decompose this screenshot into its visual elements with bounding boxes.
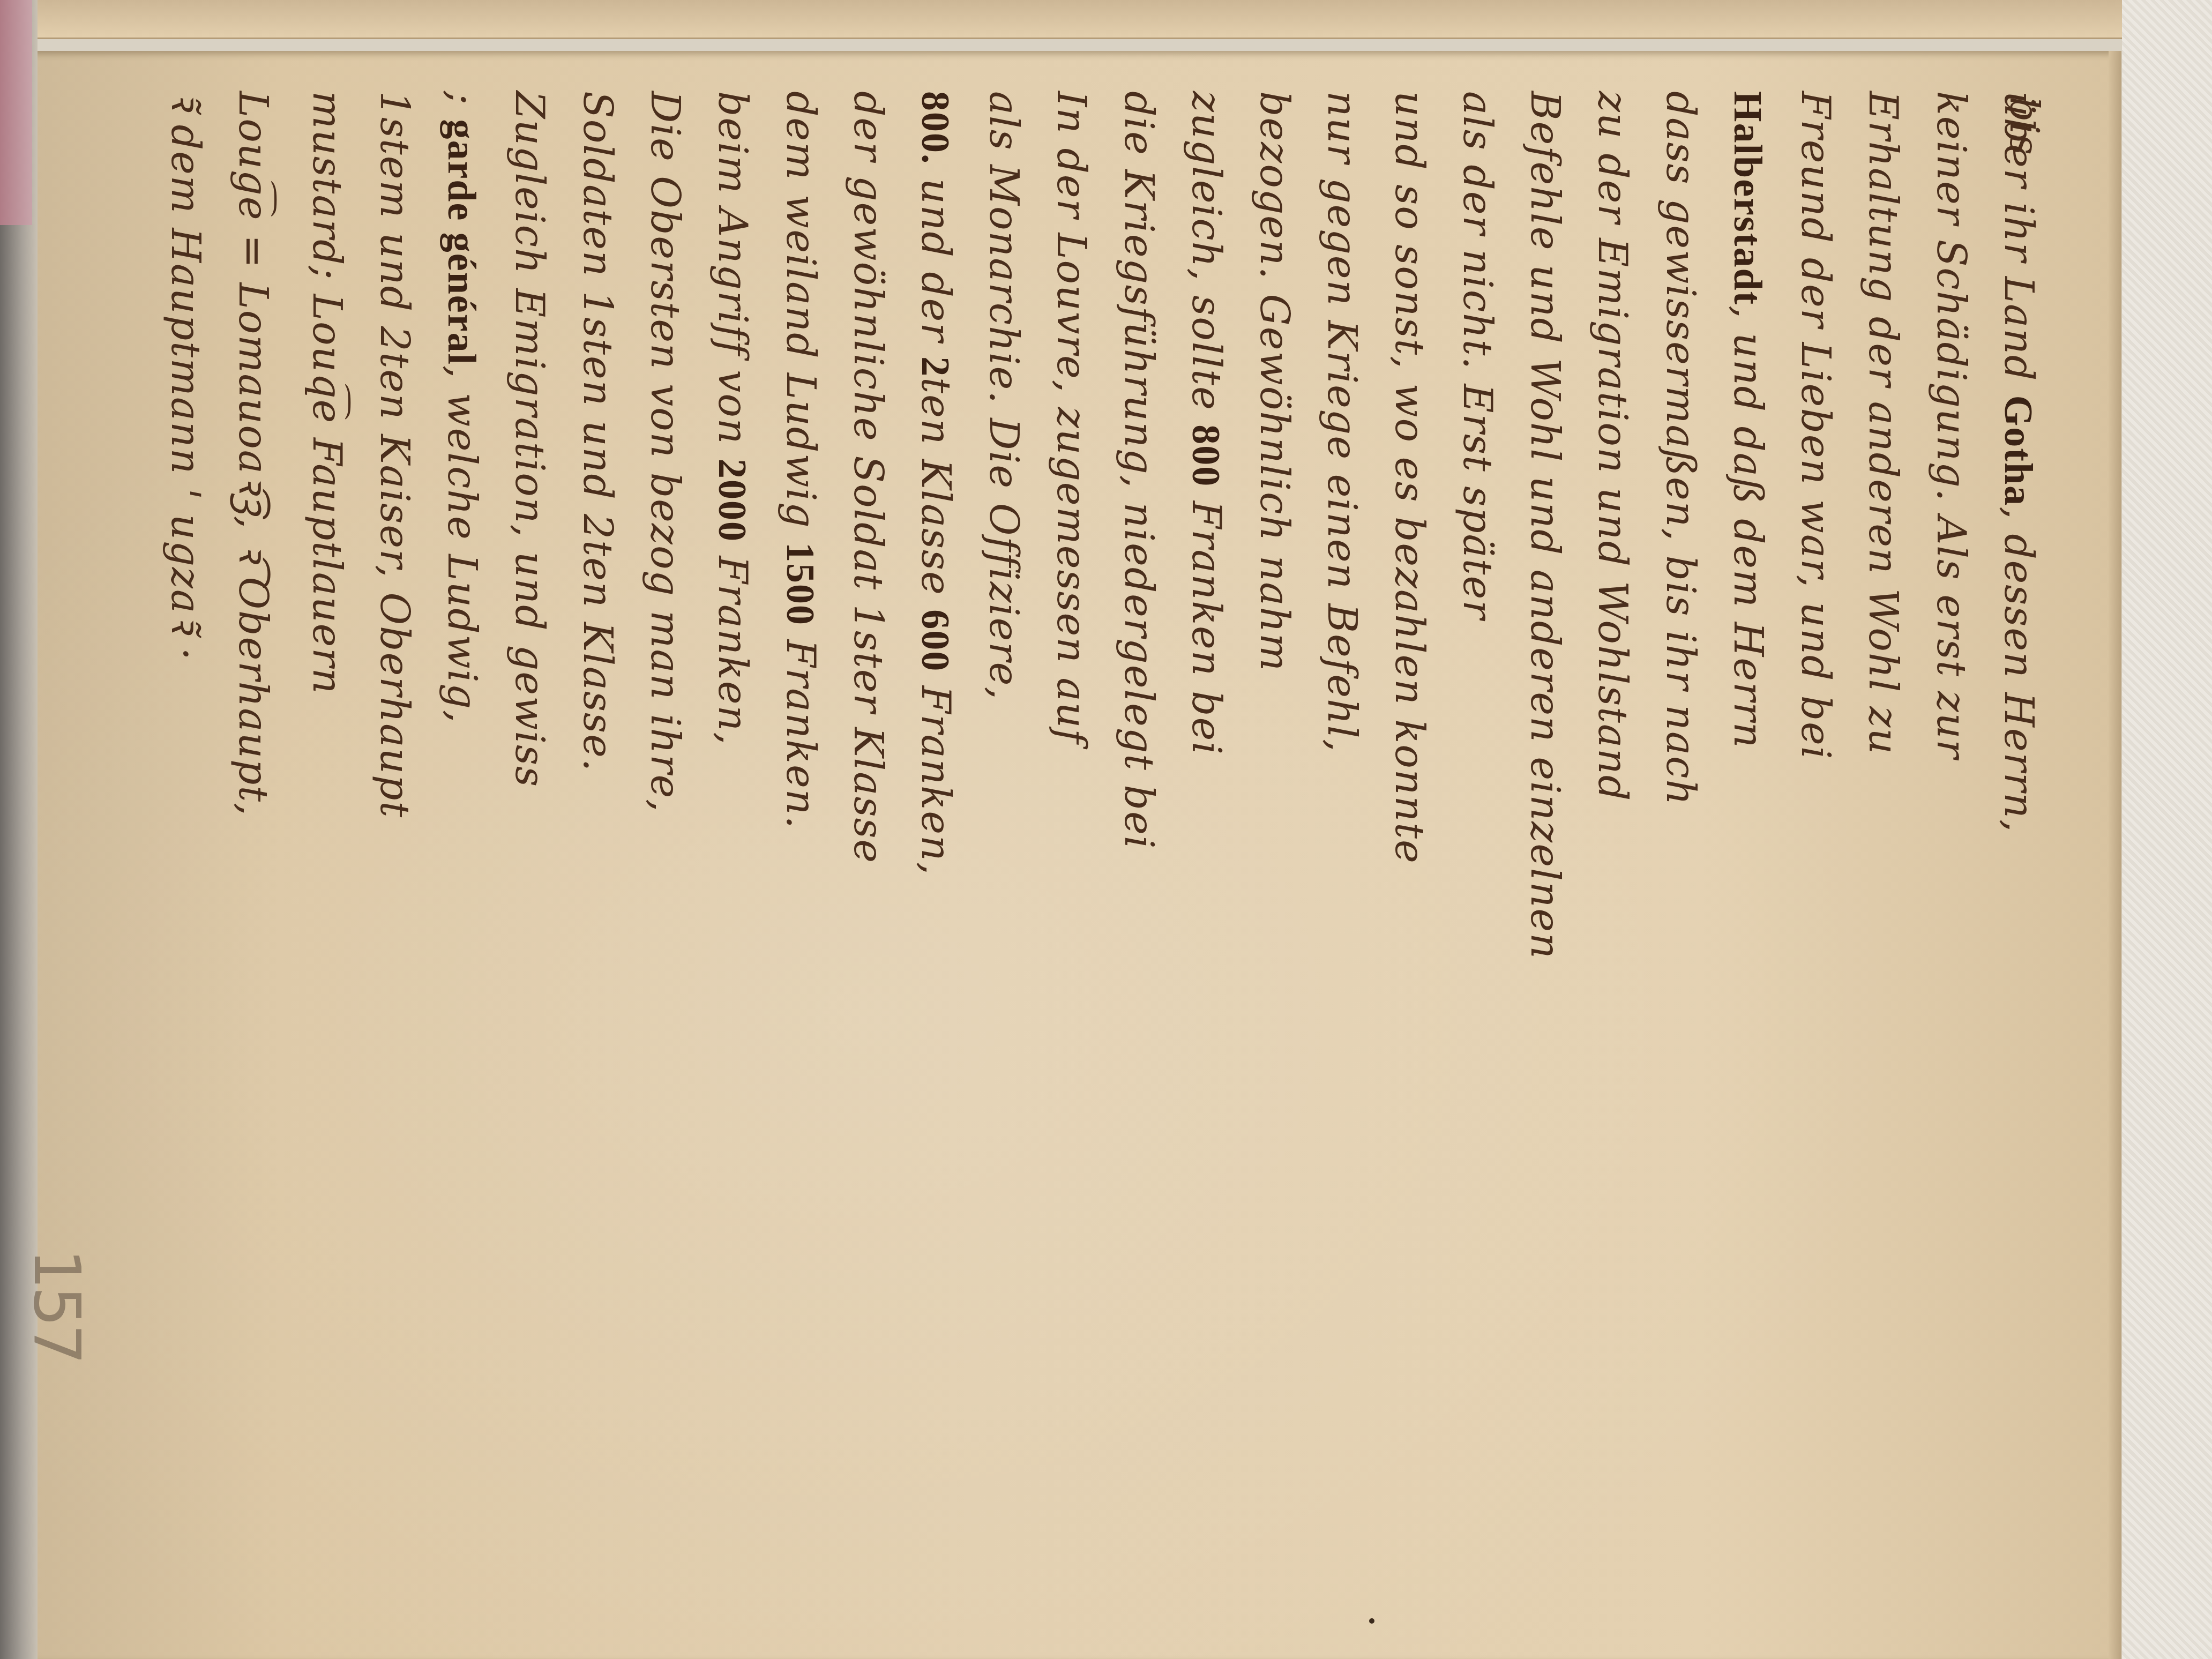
handwritten-number: 2000 [710,459,754,542]
kurrent-text: zu der Emigration und Wohlstand [1589,91,1635,802]
kurrent-text: Zugleich Emigration, und gewiss [506,91,552,788]
latin-script-word: Gotha [1996,395,2040,506]
kurrent-text: der gewöhnliche Soldat 1ster Klasse [845,91,891,864]
kurrent-text: 1stem und 2ten Kaiser, Oberhaupt [371,91,417,818]
latin-script-word: Halberstadt [1725,91,1769,305]
kurrent-text: und der [913,165,959,357]
kurrent-text: die Kriegsführung, niedergelegt bei [1116,91,1162,849]
manuscript-line: Halberstadt, und daß dem Herrn [1724,91,1771,749]
manuscript-line: zu der Emigration und Wohlstand [1589,91,1635,802]
kurrent-text: beim Angriff von [709,91,756,459]
kurrent-text: Soldaten 1sten und 2ten Klasse. [574,91,621,772]
book-spine [0,0,38,1659]
kurrent-text: In der Louvre, zugemessen auf [1048,91,1094,745]
kurrent-text: Freund der Lieben war, und bei [1792,91,1839,760]
manuscript-line: ꝛ̃ dem Hauptmann ꞌ ugzaꝛ̃ · [160,91,214,661]
manuscript-line: In der Louvre, zugemessen auf [1048,91,1094,745]
handwritten-number: 2 [913,356,957,377]
manuscript-line: zugleich, sollte 800 Franken bei [1183,91,1229,756]
manuscript-line: als der nicht. Erst später [1454,91,1500,621]
kurrent-text: mustard; Louq͡e Fauptlauern [304,91,350,694]
background-fabric [2122,0,2212,1659]
ink-spot [1369,1618,1374,1624]
kurrent-text: dem weiland Ludwig [778,91,824,542]
kurrent-text: und so sonst, wo es bezahlen konnte [1386,91,1432,864]
manuscript-line: Die Obersten von bezog man ihre, [642,91,688,813]
manuscript-line: bezogen. Gewöhnlich nahm [1251,91,1297,672]
manuscript-line: als Monarchie. Die Offiziere, [981,91,1027,700]
page-edge [2109,51,2121,1659]
manuscript-line: dass gewissermaßen, bis ihr nach [1657,91,1703,806]
kurrent-text: , welche Ludwig, [439,365,485,723]
manuscript-line: und so sonst, wo es bezahlen konnte [1386,91,1432,864]
kurrent-text: Die Obersten von bezog man ihre, [642,91,688,813]
back-cover-edge [32,0,2122,39]
kurrent-text: ; [439,91,485,119]
kurrent-text: als der nicht. Erst später [1454,91,1500,621]
manuscript-line: Freund der Lieben war, und bei [1792,91,1839,760]
kurrent-text: Franken. [778,626,824,829]
kurrent-text: Erhaltung der anderen Wohl zu [1860,91,1906,755]
kurrent-text: Loug͡e = Lomauoaꝛ͡ꝫ, ꝛ͡ Oberhaupt, [230,91,276,817]
kurrent-text: Franken, [913,672,959,876]
manuscript-line: beim Angriff von 2000 Franken, [709,91,756,746]
kurrent-text: dass gewissermaßen, bis ihr nach [1657,91,1703,806]
manuscript-line: dem weiland Ludwig 1500 Franken. [777,91,824,829]
manuscript-line: 800. und der 2ten Klasse 600 Franken, [912,91,959,876]
manuscript-line: nur gegen Kriege einen Befehl, [1319,91,1365,753]
kurrent-text: Befehle und Wohl und anderen einzelnen [1522,91,1568,960]
manuscript-line: Loug͡e = Lomauoaꝛ͡ꝫ, ꝛ͡ Oberhaupt, [228,91,282,817]
manuscript-line: 1stem und 2ten Kaiser, Oberhaupt [371,91,417,818]
manuscript-line: Soldaten 1sten und 2ten Klasse. [574,91,621,772]
manuscript-line: mustard; Louq͡e Fauptlauern [304,91,350,694]
kurrent-text: bezogen. Gewöhnlich nahm [1251,91,1297,672]
kurrent-text: , dessen Herrn, [1996,506,2042,833]
manuscript-line: Erhaltung der anderen Wohl zu [1860,91,1906,755]
manuscript-line: Befehle und Wohl und anderen einzelnen [1522,91,1568,960]
manuscript-line: die Kriegsführung, niedergelegt bei [1116,91,1162,849]
manuscript-line: der gewöhnliche Soldat 1ster Klasse [845,91,891,864]
kurrent-text: nur gegen Kriege einen Befehl, [1319,91,1365,753]
kurrent-text: ꝛ̃ dem Hauptmann ꞌ ugzaꝛ̃ · [162,91,208,661]
manuscript-line: über ihr Land Gotha, dessen Herrn, [1995,91,2042,833]
latin-script-word: garde général [439,119,483,365]
handwritten-number: 800. [913,91,957,165]
handwritten-number: 600 [913,609,957,672]
spine-binding-band [0,0,32,225]
catchword: bis [2001,96,2047,155]
handwritten-number: 800 [1184,424,1228,487]
kurrent-text: Franken bei [1183,487,1229,756]
manuscript-line: keiner Schädigung. Als erst zur [1928,91,1974,760]
handwritten-number: 1500 [778,542,822,626]
manuscript-line: Zugleich Emigration, und gewiss [506,91,552,788]
kurrent-text: , und daß dem Herrn [1725,305,1771,749]
kurrent-text: ten Klasse [913,377,959,609]
page-number: 157 [19,1249,94,1362]
kurrent-text: zugleich, sollte [1183,91,1229,424]
manuscript-line: ; garde général, welche Ludwig, [438,91,485,723]
kurrent-text: als Monarchie. Die Offiziere, [981,91,1027,700]
kurrent-text: Franken, [709,542,756,746]
kurrent-text: keiner Schädigung. Als erst zur [1928,91,1974,760]
